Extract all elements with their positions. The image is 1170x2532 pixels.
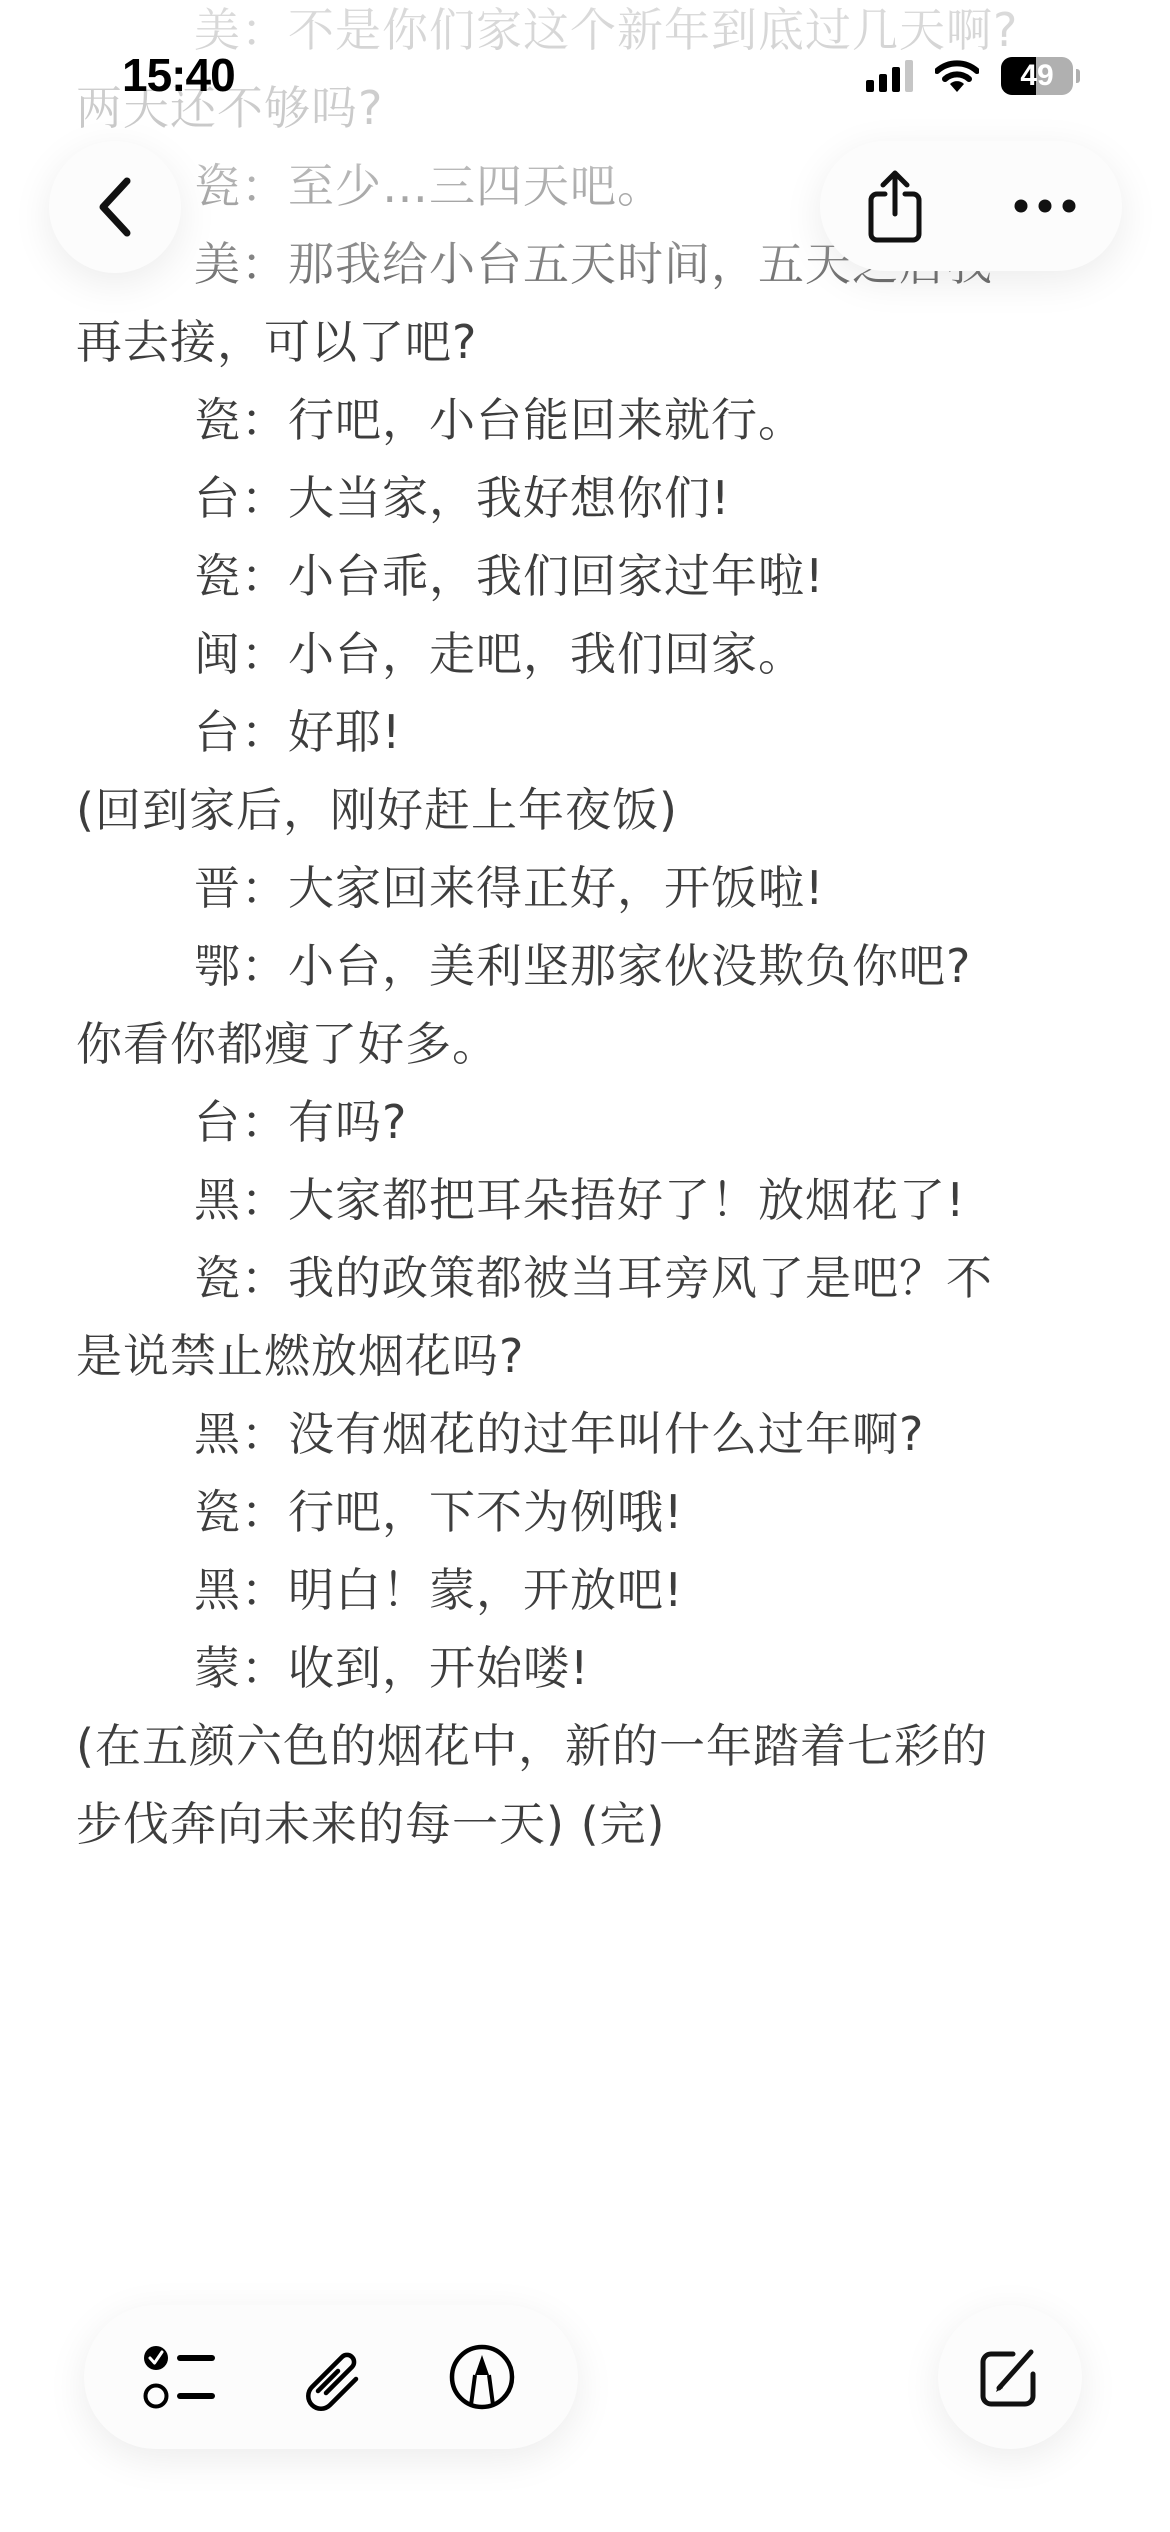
status-time: 15:40 [122, 48, 235, 102]
note-line: 瓷：我的政策都被当耳旁风了是吧？不 [194, 1239, 1090, 1317]
note-line: (回到家后，刚好赶上年夜饭) [76, 771, 1090, 849]
more-button[interactable] [970, 141, 1120, 271]
chevron-left-icon [95, 175, 135, 239]
note-line: 再去接，可以了吧? [76, 303, 1090, 381]
note-line: 瓷：小台乖，我们回家过年啦! [194, 537, 1090, 615]
checklist-button[interactable] [125, 2322, 235, 2432]
note-line: 闽：小台，走吧，我们回家。 [194, 615, 1090, 693]
note-line: (在五颜六色的烟花中，新的一年踏着七彩的 [76, 1707, 1090, 1785]
ellipsis-icon [1013, 198, 1077, 214]
back-button[interactable] [49, 141, 181, 273]
battery-icon: 49 [1001, 57, 1073, 95]
note-line: 步伐奔向未来的每一天) (完) [76, 1785, 1090, 1863]
status-bar: 15:40 49 [0, 0, 1170, 120]
note-line: 瓷：行吧，小台能回来就行。 [194, 381, 1090, 459]
note-line: 台：好耶! [194, 693, 1090, 771]
share-button[interactable] [820, 141, 970, 271]
status-icons: 49 [866, 56, 1080, 96]
note-line: 台：有吗? [194, 1083, 1090, 1161]
attachment-button[interactable] [276, 2322, 386, 2432]
top-actions-pill [820, 141, 1122, 271]
paperclip-icon [298, 2341, 364, 2413]
pen-tip-circle-icon [448, 2343, 516, 2411]
note-line: 黑：没有烟花的过年叫什么过年啊? [194, 1395, 1090, 1473]
note-line: 台：大当家，我好想你们! [194, 459, 1090, 537]
note-line: 瓷：行吧，下不为例哦! [194, 1473, 1090, 1551]
battery-indicator: 49 [1001, 57, 1080, 95]
markup-button[interactable] [427, 2322, 537, 2432]
checklist-icon [143, 2344, 217, 2410]
battery-percent: 49 [1020, 59, 1053, 93]
note-line: 蒙：收到，开始喽! [194, 1629, 1090, 1707]
note-line: 是说禁止燃放烟花吗? [76, 1317, 1090, 1395]
share-icon [863, 168, 927, 244]
cellular-signal-icon [866, 60, 913, 92]
bottom-toolbar [84, 2305, 578, 2449]
note-line: 晋：大家回来得正好，开饭啦! [194, 849, 1090, 927]
wifi-icon [935, 59, 979, 93]
note-line: 黑：大家都把耳朵捂好了！放烟花了! [194, 1161, 1090, 1239]
note-line: 黑：明白！蒙，开放吧! [194, 1551, 1090, 1629]
note-line: 鄂：小台，美利坚那家伙没欺负你吧? [194, 927, 1090, 1005]
compose-icon [977, 2344, 1043, 2410]
compose-button[interactable] [938, 2305, 1082, 2449]
note-line: 你看你都瘦了好多。 [76, 1005, 1090, 1083]
